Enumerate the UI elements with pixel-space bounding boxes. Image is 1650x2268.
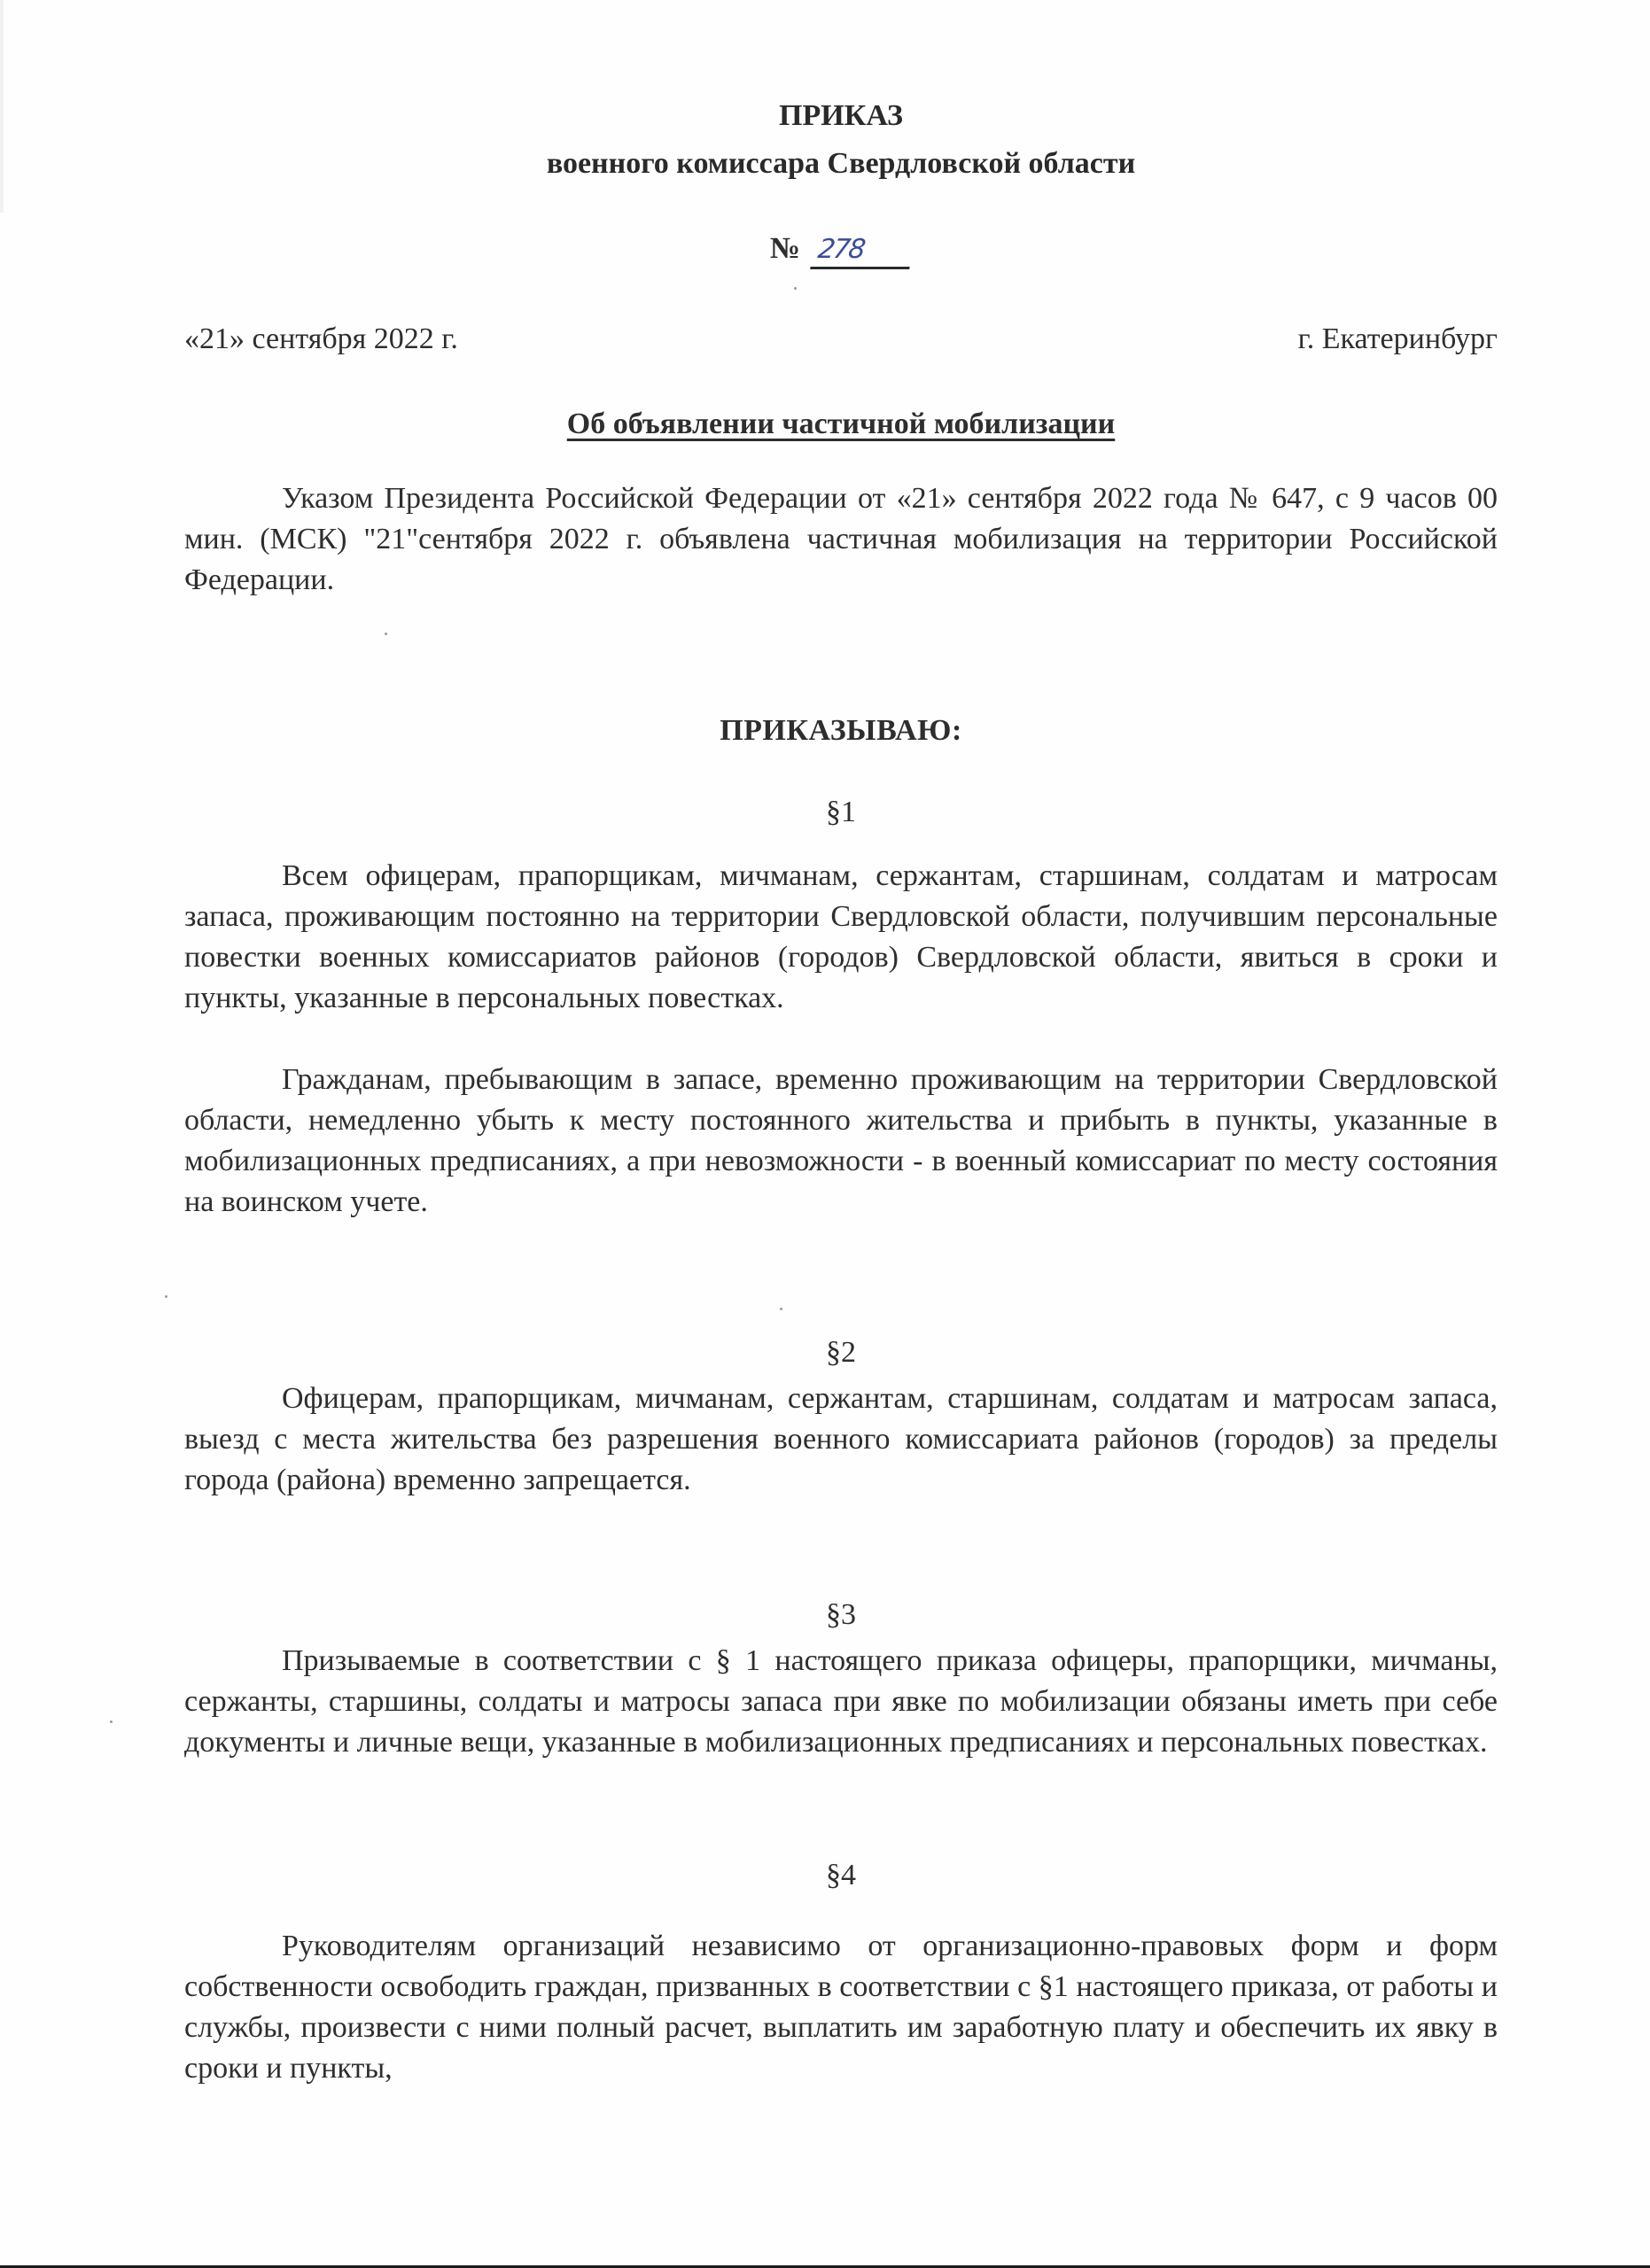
document-issuer: военного комиссара Свердловской области: [184, 147, 1498, 181]
scan-speck: [165, 1295, 167, 1298]
handwritten-number: 278: [810, 234, 915, 269]
scan-speck: [780, 1308, 782, 1310]
section-1-paragraph-1: Всем офицерам, прапорщикам, мичманам, се…: [184, 856, 1498, 1019]
section-1-paragraph-2: Гражданам, пребывающим в запасе, временн…: [184, 1060, 1498, 1223]
preamble-paragraph: Указом Президента Российской Федерации о…: [184, 478, 1498, 601]
document-date: «21» сентября 2022 г.: [184, 322, 458, 356]
section-mark-1: §1: [184, 796, 1498, 829]
section-mark-4: §4: [184, 1859, 1498, 1892]
section-4-paragraph-1: Руководителям организаций независимо от …: [184, 1926, 1498, 2089]
page-edge-shadow: [0, 0, 4, 213]
scan-speck: [385, 633, 387, 635]
scan-speck: [794, 287, 797, 290]
order-heading: ПРИКАЗЫВАЮ:: [184, 714, 1498, 748]
section-2-paragraph-1: Офицерам, прапорщикам, мичманам, сержант…: [184, 1379, 1498, 1501]
section-mark-3: §3: [184, 1598, 1498, 1632]
scan-speck: [110, 1720, 113, 1723]
document-title: ПРИКАЗ: [184, 99, 1498, 133]
section-mark-2: §2: [184, 1336, 1498, 1370]
section-3-paragraph-1: Призываемые в соответствии с § 1 настоящ…: [184, 1641, 1498, 1763]
document-subject: Об объявлении частичной мобилизации: [184, 408, 1498, 441]
number-sign: №: [770, 232, 800, 265]
scanned-document-page: ПРИКАЗ военного комиссара Свердловской о…: [0, 0, 1650, 2268]
subject-text: Об объявлении частичной мобилизации: [567, 408, 1115, 440]
document-number: №278: [184, 232, 1498, 269]
document-city: г. Екатеринбург: [1298, 322, 1498, 356]
date-place-row: «21» сентября 2022 г. г. Екатеринбург: [184, 322, 1498, 356]
